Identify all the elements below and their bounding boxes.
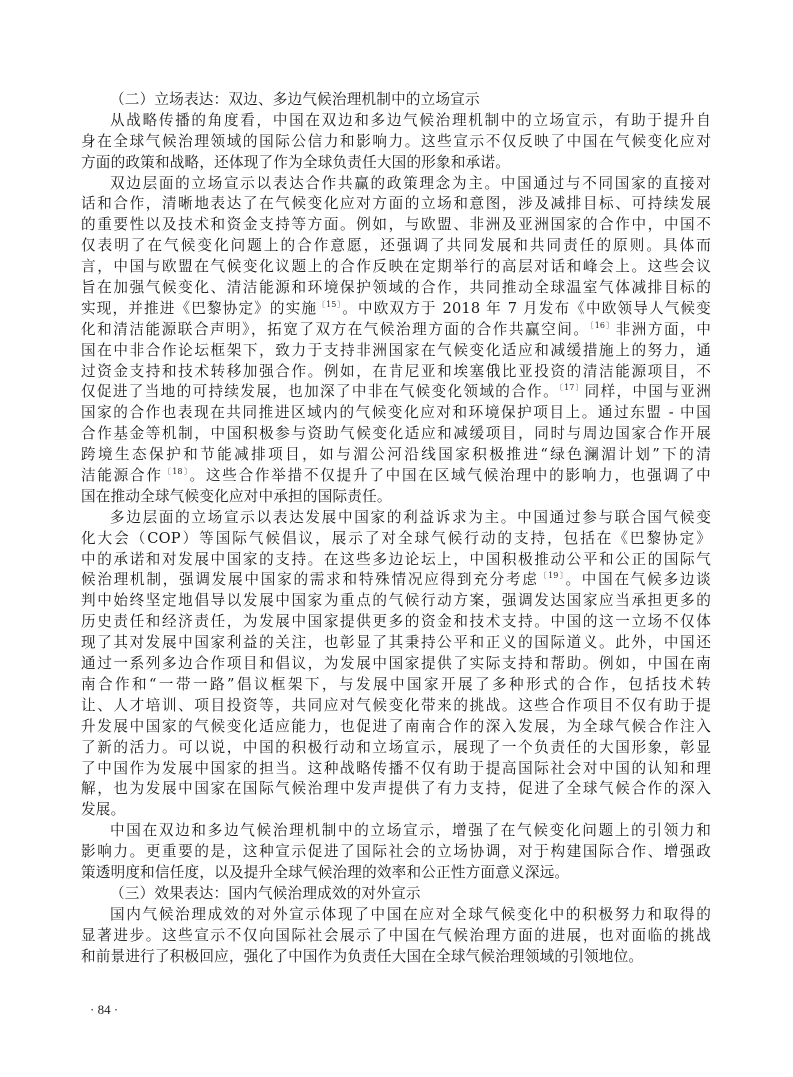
text-line: 国家的合作也表现在共同推进区域内的气候变化应对和环境保护项目上。通过东盟 - 中… xyxy=(81,403,711,424)
text-line: 合作基金等机制，中国积极参与资助气候变化适应和减缓项目，同时与周边国家合作开展 xyxy=(81,424,711,445)
text-segment: 候治理机制，强调发展中国家的需求和特殊情况应得到充分考虑 xyxy=(81,571,539,588)
text-line: 通过一系列多边合作项目和倡议，为发展中国家提供了实际支持和帮助。例如，中国在南 xyxy=(81,654,711,675)
text-line: 化大会（COP）等国际气候倡议，展示了对全球气候行动的支持，包括在《巴黎协定》 xyxy=(81,529,711,550)
text-line: 影响力。更重要的是，这种宣示促进了国际社会的立场协调，对于构建国际合作、增强政 xyxy=(81,842,711,863)
text-line: 化和清洁能源联合声明》，拓宽了双方在气候治理方面的合作共赢空间。〔16〕非洲方面… xyxy=(81,320,711,341)
paragraph-summary: 中国在双边和多边气候治理机制中的立场宣示，增强了在气候变化问题上的引领力和 影响… xyxy=(81,821,711,884)
text-segment: 非洲方面，中 xyxy=(616,321,711,338)
section-heading-2: （二）立场表达：双边、多边气候治理机制中的立场宣示 xyxy=(81,90,711,111)
text-line: 中的承诺和对发展中国家的支持。在这些多边论坛上，中国积极推动公平和公正的国际气 xyxy=(81,550,711,571)
text-line: 洁能源合作〔18〕。这些合作举措不仅提升了中国在区域气候治理中的影响力，也强调了… xyxy=(81,466,711,487)
text-segment: 。这些合作举措不仅提升了中国在区域气候治理中的影响力，也强调了中 xyxy=(190,467,711,484)
text-line: 双边层面的立场宣示以表达合作共赢的政策理念为主。中国通过与不同国家的直接对 xyxy=(81,174,711,195)
text-line: 判中始终坚定地倡导以发展中国家为重点的气候行动方案，强调发达国家应当承担更多的 xyxy=(81,591,711,612)
text-segment: 同样，中国与亚洲 xyxy=(585,383,711,400)
text-line: 实现，并推进《巴黎协定》的实施〔15〕。中欧双方于 2018 年 7 月发布《中… xyxy=(81,299,711,320)
text-line: 旨在加强气候变化、清洁能源和环境保护领域的合作，共同推动全球温室气体减排目标的 xyxy=(81,278,711,299)
text-line: 国在推动全球气候变化应对中承担的国际责任。 xyxy=(81,487,711,508)
text-segment: 仅促进了当地的可持续发展，也加深了中非在气候变化领域的合作。 xyxy=(81,383,559,400)
text-line: 从战略传播的角度看，中国在双边和多边气候治理机制中的立场宣示，有助于提升自 xyxy=(81,111,711,132)
text-line: 身在全球气候治理领域的国际公信力和影响力。这些宣示不仅反映了中国在气候变化应对 xyxy=(81,132,711,153)
text-segment: 化和清洁能源联合声明》，拓宽了双方在气候治理方面的合作共赢空间。 xyxy=(81,321,589,338)
document-page: （二）立场表达：双边、多边气候治理机制中的立场宣示 从战略传播的角度看，中国在双… xyxy=(81,90,711,967)
text-line: 中国在双边和多边气候治理机制中的立场宣示，增强了在气候变化问题上的引领力和 xyxy=(81,821,711,842)
text-line: 的重要性以及技术和资金支持等方面。例如，与欧盟、非洲及亚洲国家的合作中，中国不 xyxy=(81,215,711,236)
citation-17[interactable]: 〔17〕 xyxy=(559,383,585,392)
text-line: 显著进步。这些宣示不仅向国际社会展示了中国在气候治理方面的进展，也对面临的挑战 xyxy=(81,926,711,947)
text-line: 解，也为发展中国家在国际气候治理中发声提供了有力支持，促进了全球气候合作的深入 xyxy=(81,779,711,800)
text-line: 国内气候治理成效的对外宣示体现了中国在应对全球气候变化中的积极努力和取得的 xyxy=(81,905,711,926)
paragraph-multilateral: 多边层面的立场宣示以表达发展中国家的利益诉求为主。中国通过参与联合国气候变 化大… xyxy=(81,508,711,821)
text-line: 了中国作为发展中国家的担当。这种战略传播不仅有助于提高国际社会对中国的认知和理 xyxy=(81,759,711,780)
text-line: 南合作和“一带一路”倡议框架下，与发展中国家开展了多种形式的合作，包括技术转 xyxy=(81,675,711,696)
text-line: 发展。 xyxy=(81,800,711,821)
paragraph-strategic-communication: 从战略传播的角度看，中国在双边和多边气候治理机制中的立场宣示，有助于提升自 身在… xyxy=(81,111,711,174)
text-line: 现了其对发展中国家利益的关注，也彰显了其秉持公平和正义的国际道义。此外，中国还 xyxy=(81,633,711,654)
text-line: 话和合作，清晰地表达了在气候变化应对方面的立场和意图，涉及减排目标、可持续发展 xyxy=(81,194,711,215)
text-segment: 。中欧双方于 2018 年 7 月发布《中欧领导人气候变 xyxy=(342,300,711,317)
text-line: 跨境生态保护和节能减排项目，如与湄公河沿线国家积极推进“绿色澜湄计划”下的清 xyxy=(81,445,711,466)
citation-16[interactable]: 〔16〕 xyxy=(589,321,615,330)
text-line: 升发展中国家的气候变化适应能力，也促进了南南合作的深入发展，为全球气候合作注入 xyxy=(81,717,711,738)
text-line: 方面的政策和战略，还体现了作为全球负责任大国的形象和承诺。 xyxy=(81,153,711,174)
text-line: 言，中国与欧盟在气候变化议题上的合作反映在定期举行的高层对话和峰会上。这些会议 xyxy=(81,257,711,278)
text-segment: 实现，并推进《巴黎协定》的实施 xyxy=(81,300,317,317)
citation-19[interactable]: 〔19〕 xyxy=(539,571,566,580)
page-number: · 84 · xyxy=(90,1002,118,1018)
citation-18[interactable]: 〔18〕 xyxy=(163,467,190,476)
paragraph-domestic-effects: 国内气候治理成效的对外宣示体现了中国在应对全球气候变化中的积极努力和取得的 显著… xyxy=(81,905,711,968)
text-line: 仅表明了在气候变化问题上的合作意愿，还强调了共同发展和共同责任的原则。具体而 xyxy=(81,236,711,257)
text-line: 候治理机制，强调发展中国家的需求和特殊情况应得到充分考虑〔19〕。中国在气候多边… xyxy=(81,570,711,591)
text-line: 过资金支持和技术转移加强合作。例如，在肯尼亚和埃塞俄比亚投资的清洁能源项目，不 xyxy=(81,362,711,383)
text-line: 和前景进行了积极回应，强化了中国作为负责任大国在全球气候治理领域的引领地位。 xyxy=(81,947,711,968)
text-line: 历史责任和经济责任，为发展中国家提供更多的资金和技术支持。中国的这一立场不仅体 xyxy=(81,612,711,633)
text-line: 多边层面的立场宣示以表达发展中国家的利益诉求为主。中国通过参与联合国气候变 xyxy=(81,508,711,529)
text-line: 仅促进了当地的可持续发展，也加深了中非在气候变化领域的合作。〔17〕同样，中国与… xyxy=(81,382,711,403)
citation-15[interactable]: 〔15〕 xyxy=(317,300,342,309)
text-line: 了新的活力。可以说，中国的积极行动和立场宣示，展现了一个负责任的大国形象，彰显 xyxy=(81,738,711,759)
text-line: 国在中非合作论坛框架下，致力于支持非洲国家在气候变化适应和减缓措施上的努力，通 xyxy=(81,341,711,362)
text-line: 让、人才培训、项目投资等，共同应对气候变化带来的挑战。这些合作项目不仅有助于提 xyxy=(81,696,711,717)
text-line: 策透明度和信任度，以及提升全球气候治理的效率和公正性方面意义深远。 xyxy=(81,863,711,884)
text-segment: 洁能源合作 xyxy=(81,467,163,484)
section-heading-3: （三）效果表达：国内气候治理成效的对外宣示 xyxy=(81,884,711,905)
paragraph-bilateral: 双边层面的立场宣示以表达合作共赢的政策理念为主。中国通过与不同国家的直接对 话和… xyxy=(81,174,711,508)
text-segment: 。中国在气候多边谈 xyxy=(565,571,711,588)
